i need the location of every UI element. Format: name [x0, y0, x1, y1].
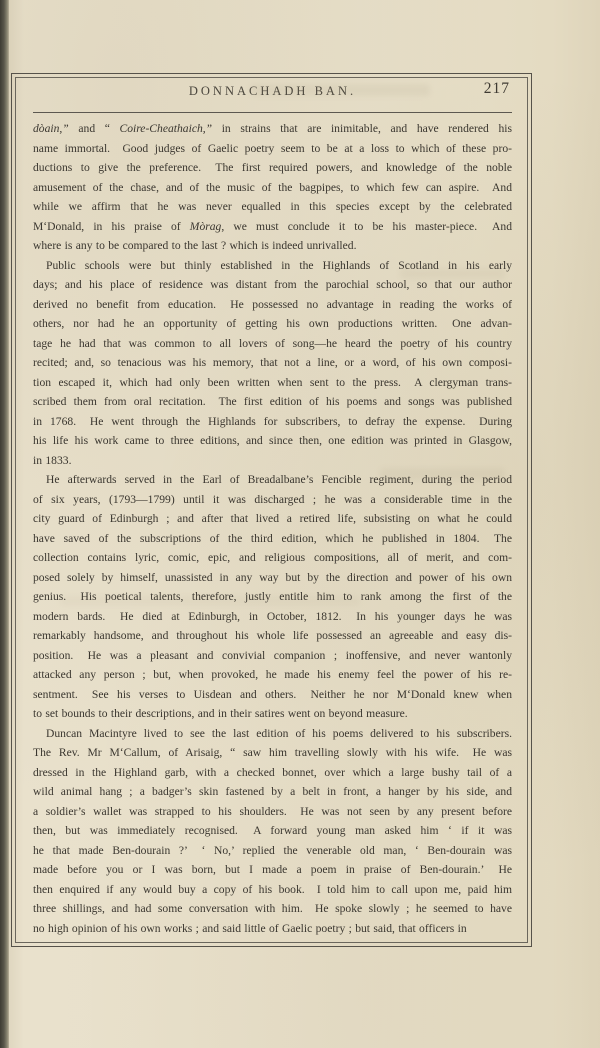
text-segment: dressed in the Highland garb, with a che… [33, 766, 512, 779]
text-line: sentment. See his verses to Uisdean and … [33, 685, 512, 705]
text-segment: ductions to give the preference. The fir… [33, 161, 512, 174]
text-line: where is any to be compared to the last … [33, 236, 512, 256]
book-binding-edge [0, 0, 9, 1048]
header-rule [33, 112, 512, 113]
text-segment: attacked any person ; but, when provoked… [33, 668, 512, 681]
text-segment: sentment. See his verses to Uisdean and … [33, 688, 512, 701]
text-segment: in 1768. He went through the Highlands f… [33, 415, 512, 428]
text-line: scribed them from oral recitation. The f… [33, 392, 512, 412]
text-segment: collection contains lyric, comic, epic, … [33, 551, 512, 564]
text-segment: The Rev. Mr M‘Callum, of Arisaig, “ saw … [33, 746, 512, 759]
text-segment: where is any to be compared to the last … [33, 239, 356, 252]
page-number: 217 [484, 80, 510, 98]
text-segment: made before you or I was born, but I mad… [33, 863, 512, 876]
text-line: Public schools were but thinly establish… [33, 256, 512, 276]
text-segment: have saved of the subscriptions of the t… [33, 532, 512, 545]
text-segment: M‘Donald, in his praise of [33, 220, 190, 233]
text-segment: then, but was immediately recognised. A … [33, 824, 512, 837]
text-segment: city guard of Edinburgh ; and after that… [33, 512, 512, 525]
text-line: genius. His poetical talents, therefore,… [33, 587, 512, 607]
text-segment: posed solely by himself, unassisted in a… [33, 571, 512, 584]
text-segment: a soldier’s wallet was strapped to his s… [33, 805, 512, 818]
text-segment: tage he had that was common to all lover… [33, 337, 512, 350]
text-segment: wild animal hang ; a badger’s skin faste… [33, 785, 512, 798]
text-line: recited; and, so tenacious was his memor… [33, 353, 512, 373]
text-line: derived no benefit from education. He po… [33, 295, 512, 315]
text-segment: genius. His poetical talents, therefore,… [33, 590, 512, 603]
text-segment: name immortal. Good judges of Gaelic poe… [33, 142, 512, 155]
book-page: DONNACHADH BAN. 217 dòain,” and “ Coire-… [0, 0, 600, 1048]
text-segment: of six years, (1793—1799) until it was d… [33, 493, 512, 506]
text-line: three shillings, and had some conversati… [33, 899, 512, 919]
italic-text-segment: Coire-Cheathaich,” [119, 122, 212, 135]
text-line: made before you or I was born, but I mad… [33, 860, 512, 880]
text-line: in 1768. He went through the Highlands f… [33, 412, 512, 432]
text-segment: he that made Ben-dourain ?’ ‘ No,’ repli… [33, 844, 512, 857]
text-line: dòain,” and “ Coire-Cheathaich,” in stra… [33, 119, 512, 139]
text-segment: in strains that are inimitable, and have… [212, 122, 512, 135]
text-segment: , we must conclude it to be his master-p… [221, 220, 512, 233]
text-line: then enquired if any would buy a copy of… [33, 880, 512, 900]
text-line: no high opinion of his own works ; and s… [33, 919, 512, 939]
text-segment: three shillings, and had some conversati… [33, 902, 512, 915]
text-segment: days; and his place of residence was dis… [33, 278, 512, 291]
text-segment: others, nor had he an opportunity of get… [33, 317, 512, 330]
text-line: his life his work came to three editions… [33, 431, 512, 451]
text-segment: no high opinion of his own works ; and s… [33, 922, 467, 935]
text-line: tion escaped it, which had only been wri… [33, 373, 512, 393]
text-line: He afterwards served in the Earl of Brea… [33, 470, 512, 490]
text-segment: recited; and, so tenacious was his memor… [33, 356, 512, 369]
text-segment: Duncan Macintyre lived to see the last e… [46, 727, 512, 740]
text-line: tage he had that was common to all lover… [33, 334, 512, 354]
text-line: wild animal hang ; a badger’s skin faste… [33, 782, 512, 802]
text-line: posed solely by himself, unassisted in a… [33, 568, 512, 588]
italic-text-segment: dòain,” [33, 122, 69, 135]
text-segment: tion escaped it, which had only been wri… [33, 376, 512, 389]
text-line: M‘Donald, in his praise of Mòrag, we mus… [33, 217, 512, 237]
page-title: DONNACHADH BAN. [33, 84, 512, 99]
text-line: others, nor had he an opportunity of get… [33, 314, 512, 334]
text-line: modern bards. He died at Edinburgh, in O… [33, 607, 512, 627]
text-segment: amusement of the chase, and of the music… [33, 181, 512, 194]
text-line: of six years, (1793—1799) until it was d… [33, 490, 512, 510]
text-line: to set bounds to their descriptions, and… [33, 704, 512, 724]
text-line: dressed in the Highland garb, with a che… [33, 763, 512, 783]
text-segment: Public schools were but thinly establish… [46, 259, 512, 272]
text-line: while we affirm that he was never equall… [33, 197, 512, 217]
text-line: he that made Ben-dourain ?’ ‘ No,’ repli… [33, 841, 512, 861]
text-line: name immortal. Good judges of Gaelic poe… [33, 139, 512, 159]
text-segment: derived no benefit from education. He po… [33, 298, 512, 311]
text-line: then, but was immediately recognised. A … [33, 821, 512, 841]
text-line: days; and his place of residence was dis… [33, 275, 512, 295]
text-segment: remarkably handsome, and throughout his … [33, 629, 512, 642]
text-segment: position. He was a pleasant and convivia… [33, 649, 512, 662]
text-segment: scribed them from oral recitation. The f… [33, 395, 512, 408]
text-line: collection contains lyric, comic, epic, … [33, 548, 512, 568]
text-line: have saved of the subscriptions of the t… [33, 529, 512, 549]
text-line: in 1833. [33, 451, 512, 471]
text-segment: He afterwards served in the Earl of Brea… [46, 473, 512, 486]
text-line: Duncan Macintyre lived to see the last e… [33, 724, 512, 744]
text-line: The Rev. Mr M‘Callum, of Arisaig, “ saw … [33, 743, 512, 763]
text-line: attacked any person ; but, when provoked… [33, 665, 512, 685]
text-segment: his life his work came to three editions… [33, 434, 512, 447]
text-segment: modern bards. He died at Edinburgh, in O… [33, 610, 512, 623]
body-text: dòain,” and “ Coire-Cheathaich,” in stra… [33, 119, 512, 938]
running-header: DONNACHADH BAN. 217 [33, 80, 512, 102]
text-segment: then enquired if any would buy a copy of… [33, 883, 512, 896]
text-segment: to set bounds to their descriptions, and… [33, 707, 408, 720]
text-segment: in 1833. [33, 454, 71, 467]
text-line: city guard of Edinburgh ; and after that… [33, 509, 512, 529]
text-line: position. He was a pleasant and convivia… [33, 646, 512, 666]
text-line: ductions to give the preference. The fir… [33, 158, 512, 178]
text-line: a soldier’s wallet was strapped to his s… [33, 802, 512, 822]
italic-text-segment: Mòrag [190, 220, 222, 233]
text-segment: and “ [69, 122, 120, 135]
text-line: remarkably handsome, and throughout his … [33, 626, 512, 646]
text-segment: while we affirm that he was never equall… [33, 200, 512, 213]
text-line: amusement of the chase, and of the music… [33, 178, 512, 198]
